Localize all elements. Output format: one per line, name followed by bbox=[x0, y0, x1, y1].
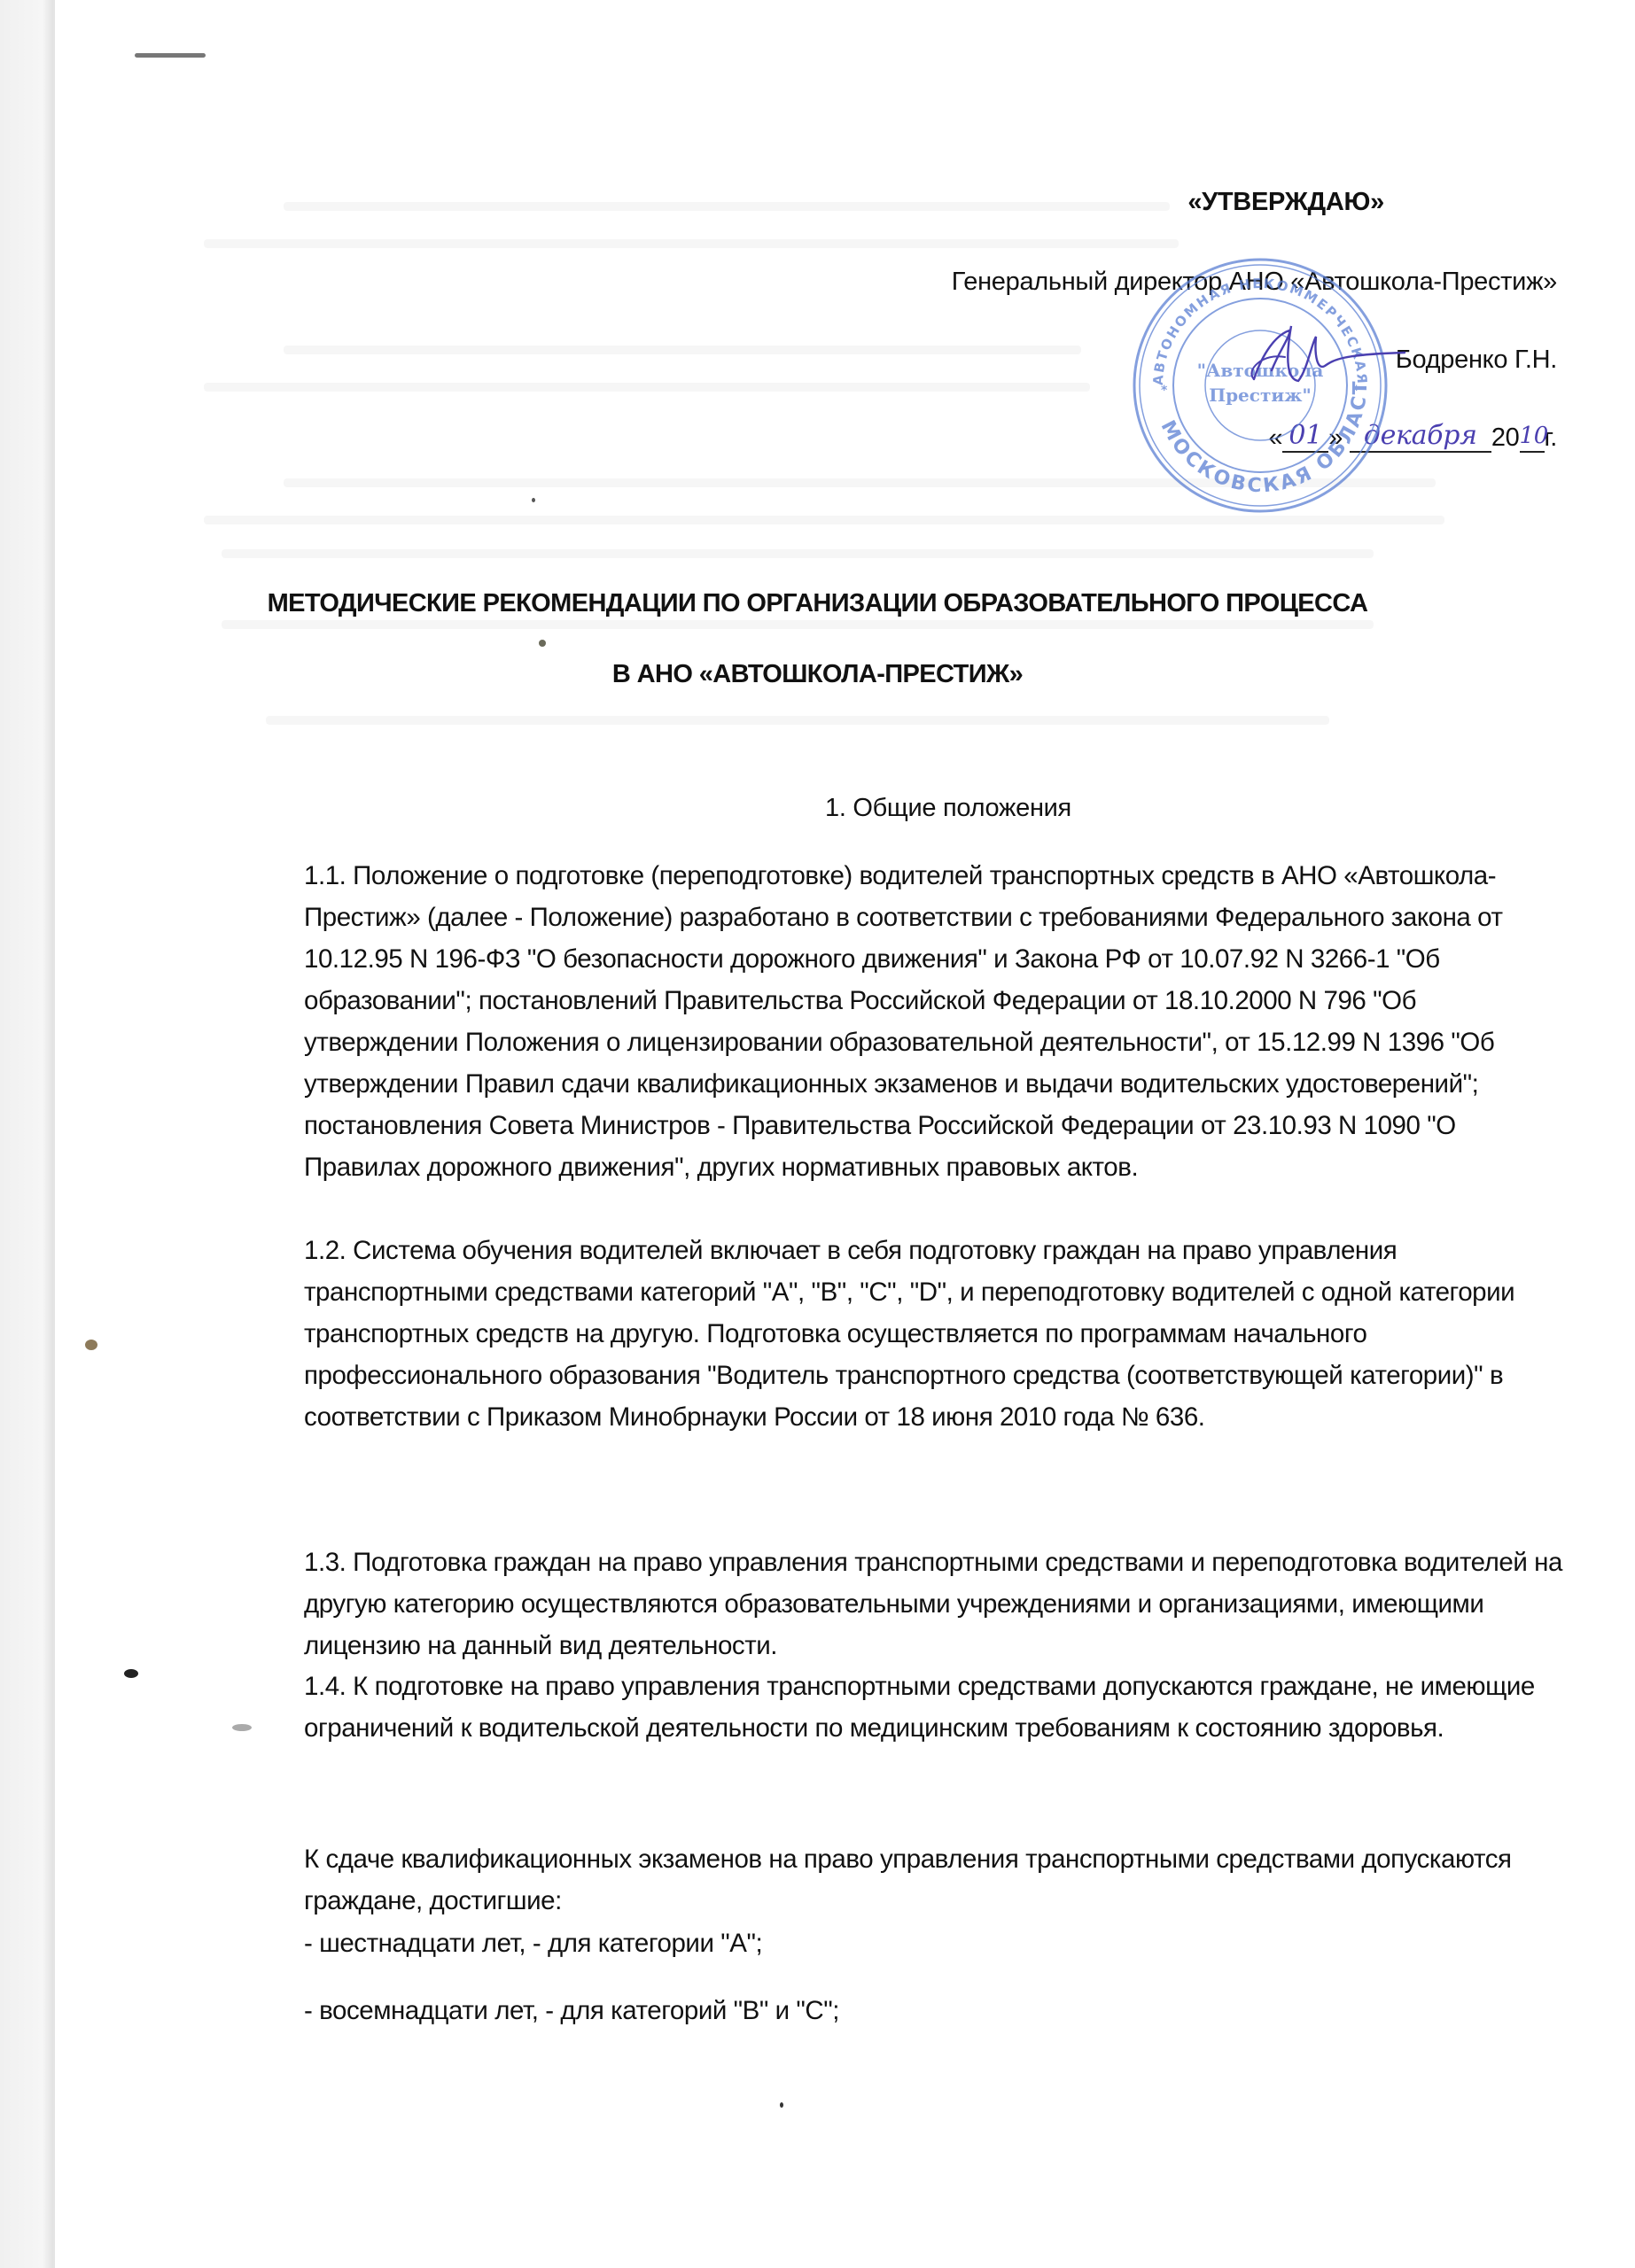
scan-dot bbox=[539, 640, 546, 647]
approver-name: Бодренко Г.Н. bbox=[1396, 346, 1557, 375]
date-year-prefix: 20 bbox=[1491, 423, 1520, 452]
paragraph-1-3: 1.3. Подготовка граждан на право управле… bbox=[304, 1542, 1571, 1666]
bleed-through bbox=[284, 346, 1081, 354]
scan-dot bbox=[532, 498, 535, 502]
paragraph-1-2: 1.2. Система обучения водителей включает… bbox=[304, 1230, 1571, 1438]
paragraph-text: 1.1. Положение о подготовке (переподгото… bbox=[304, 855, 1571, 1188]
section-heading: 1. Общие положения bbox=[0, 794, 1635, 823]
list-item-text: - восемнадцати лет, - для категорий "B" … bbox=[304, 1990, 1571, 2031]
bleed-through bbox=[284, 202, 1170, 211]
scan-dot bbox=[232, 1724, 252, 1731]
paragraph-text: 1.4. К подготовке на право управления тр… bbox=[304, 1666, 1571, 1749]
signature-icon bbox=[1236, 317, 1413, 397]
bleed-through bbox=[204, 383, 1090, 392]
date-year-field: 10 bbox=[1520, 426, 1545, 453]
scan-dot bbox=[124, 1669, 138, 1678]
paragraph-text: 1.3. Подготовка граждан на право управле… bbox=[304, 1542, 1571, 1666]
paragraph-1-1: 1.1. Положение о подготовке (переподгото… bbox=[304, 855, 1571, 1188]
date-year-suffix: 10 bbox=[1520, 423, 1545, 449]
scan-dot bbox=[780, 2102, 783, 2108]
list-item-text: - шестнадцати лет, - для категории "A"; bbox=[304, 1922, 1571, 1964]
paragraph-text: 1.2. Система обучения водителей включает… bbox=[304, 1230, 1571, 1438]
list-item-category-a: - шестнадцати лет, - для категории "A"; bbox=[304, 1922, 1571, 1964]
paragraph-text: К сдаче квалификационных экзаменов на пр… bbox=[304, 1838, 1571, 1922]
scan-dot bbox=[85, 1340, 97, 1350]
svg-text:*: * bbox=[1161, 384, 1168, 398]
document-title-line-2: В АНО «АВТОШКОЛА-ПРЕСТИЖ» bbox=[0, 660, 1635, 689]
bleed-through bbox=[222, 549, 1374, 558]
bleed-through bbox=[222, 620, 1374, 629]
scan-edge-line bbox=[53, 0, 55, 2268]
bleed-through bbox=[204, 239, 1179, 248]
bleed-through bbox=[266, 716, 1329, 725]
staple-mark bbox=[135, 53, 206, 58]
paragraph-1-4: 1.4. К подготовке на право управления тр… bbox=[304, 1666, 1571, 1749]
approval-title: «УТВЕРЖДАЮ» bbox=[1187, 188, 1384, 217]
paragraph-exam-admission: К сдаче квалификационных экзаменов на пр… bbox=[304, 1838, 1571, 1922]
scan-edge-shadow bbox=[0, 0, 53, 2268]
document-title-line-1: МЕТОДИЧЕСКИЕ РЕКОМЕНДАЦИИ ПО ОРГАНИЗАЦИИ… bbox=[0, 589, 1635, 618]
list-item-category-bc: - восемнадцати лет, - для категорий "B" … bbox=[304, 1990, 1571, 2031]
